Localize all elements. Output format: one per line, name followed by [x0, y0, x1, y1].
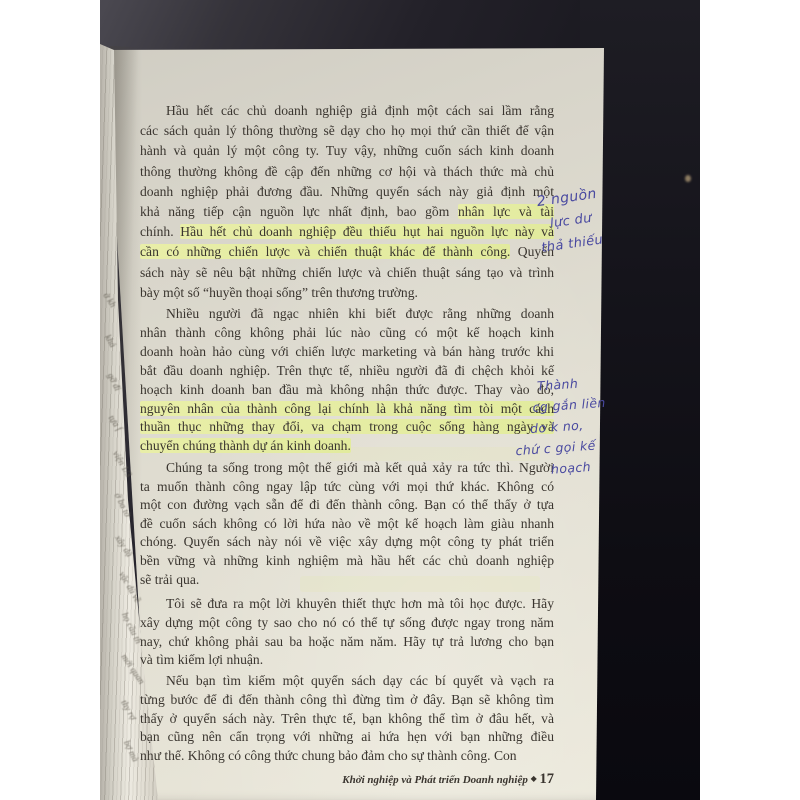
page-text: Hầu hết các chủ doanh nghiệp giả định mộ…: [140, 0, 554, 800]
background-speck: [685, 175, 691, 182]
paragraph: Nhiều người đã ngạc nhiên khi biết được …: [140, 305, 554, 456]
printed-text: chóng. Quyển sách này nói về việc xây dự…: [140, 534, 554, 549]
printed-text: hoạch kinh doanh ban đầu mà không nhận t…: [140, 382, 554, 397]
printed-text: và tìm kiếm lợi nhuận.: [140, 652, 263, 667]
paragraph: Chúng ta sống trong một thế giới mà kết …: [140, 459, 554, 589]
printed-text: khả năng tiếp cận nguồn lực nhất định, b…: [140, 204, 458, 219]
page-line: thông thường không đề cập đến những cơ h…: [140, 162, 554, 182]
page-line: nhân thành công không phải lúc nào cũng …: [140, 324, 554, 343]
printed-text: bền vững và những kinh nghiệm mà hầu hết…: [140, 553, 554, 568]
printed-text: từng bước để đi đến thành công thì đừng …: [140, 692, 554, 707]
page-line: ta muốn thành công ngay lập tức cùng với…: [140, 478, 554, 497]
page-line: thuần thục những thay đổi, va chạm trong…: [140, 418, 554, 437]
page-line: Chúng ta sống trong một thế giới mà kết …: [140, 459, 554, 478]
page-line: xây dựng một công ty sao cho nó có thể t…: [140, 614, 554, 633]
highlighted-text: cần có những chiến lược và chiến thuật k…: [140, 244, 510, 259]
printed-text: thông thường không đề cập đến những cơ h…: [140, 164, 554, 179]
printed-text: sẽ trải qua.: [140, 572, 199, 587]
page-line: cần có những chiến lược và chiến thuật k…: [140, 242, 554, 262]
page-line: chuyển chúng thành dự án kinh doanh.: [140, 437, 554, 456]
footer-separator-icon: ◆: [531, 774, 537, 783]
page-footer: Khởi nghiệp và Phát triển Doanh nghiệp ◆…: [140, 771, 554, 788]
page-line: bắt đầu doanh nghiệp. Trên thực tế, nhiề…: [140, 362, 554, 381]
footer-book-title: Khởi nghiệp và Phát triển Doanh nghiệp: [342, 774, 528, 786]
page-line: và tìm kiếm lợi nhuận.: [140, 651, 554, 670]
page-line: hoạch kinh doanh ban đầu mà không nhận t…: [140, 381, 554, 400]
page-line: doanh hoàn hảo cùng với chiến lược marke…: [140, 343, 554, 362]
printed-text: bày một số “huyền thoại sống” trên thươn…: [140, 285, 418, 300]
handwritten-line: hoạch: [550, 455, 611, 480]
page-line: doanh nghiệp phải đương đầu. Những quyển…: [140, 182, 554, 202]
printed-text: bắt đầu doanh nghiệp. Trên thực tế, nhiề…: [140, 363, 554, 378]
printed-text: xây dựng một công ty sao cho nó có thể t…: [140, 615, 554, 630]
page-line: sẽ trải qua.: [140, 571, 554, 590]
paragraph: Hầu hết các chủ doanh nghiệp giả định mộ…: [140, 101, 554, 303]
page-line: bạn cũng nên cẩn trọng với những ai hứa …: [140, 728, 554, 747]
page-line: Nhiều người đã ngạc nhiên khi biết được …: [140, 305, 554, 324]
page-line: như thế. Không có công thức chung bảo đả…: [140, 747, 554, 766]
book-photo-screenshot: ở khkhágỡ đitựa fviện 1/3ở ba tờxây dặvặ…: [0, 0, 800, 800]
paragraph: Nếu bạn tìm kiếm một quyển sách dạy các …: [140, 672, 554, 766]
margin-note-1: 2 nguồnlực dưthả thiếu: [532, 183, 605, 260]
photo-area: ở khkhágỡ đitựa fviện 1/3ở ba tờxây dặvặ…: [100, 0, 700, 800]
printed-text: Nếu bạn tìm kiếm một quyển sách dạy các …: [166, 673, 554, 688]
printed-text: Nhiều người đã ngạc nhiên khi biết được …: [166, 306, 554, 321]
page-line: khả năng tiếp cận nguồn lực nhất định, b…: [140, 202, 554, 222]
printed-text: doanh nghiệp phải đương đầu. Những quyển…: [140, 184, 554, 199]
page-line: một con đường vạch sẵn để đi đến thành c…: [140, 496, 554, 515]
page-line: bền vững và những kinh nghiệm mà hầu hết…: [140, 552, 554, 571]
page-line: chính. Hầu hết chủ doanh nghiệp đều thiế…: [140, 222, 554, 242]
printed-text: nay, chứ không phải sau ba hoặc năm năm.…: [140, 634, 554, 649]
page-line: các sách quản lý thông thường sẽ dạy cho…: [140, 121, 554, 141]
page-line: Nếu bạn tìm kiếm một quyển sách dạy các …: [140, 672, 554, 691]
highlighted-text: chuyển chúng thành dự án kinh doanh.: [140, 438, 351, 453]
printed-text: một con đường vạch sẵn để đi đến thành c…: [140, 497, 554, 512]
printed-text: đề cuốn sách không có lời hứa nào về một…: [140, 516, 554, 531]
printed-text: sách này sẽ nêu bật những chiến lược và …: [140, 265, 554, 280]
margin-note-2: Thànhcg gắn liềndo k no,chứ c gọi kếhoạc…: [510, 371, 610, 482]
printed-text: các sách quản lý thông thường sẽ dạy cho…: [140, 123, 554, 138]
printed-text: doanh hoàn hảo cùng với chiến lược marke…: [140, 344, 554, 359]
page-line: đề cuốn sách không có lời hứa nào về một…: [140, 515, 554, 534]
printed-text: thấy ở quyển sách này. Trên thực tế, bạn…: [140, 711, 554, 726]
printed-text: Hầu hết các chủ doanh nghiệp giả định mộ…: [166, 103, 554, 118]
printed-text: như thế. Không có công thức chung bảo đả…: [140, 748, 517, 763]
page-line: hành và quản lý một công ty. Tuy vậy, nh…: [140, 141, 554, 161]
page-line: bày một số “huyền thoại sống” trên thươn…: [140, 283, 554, 303]
printed-text: chính.: [140, 224, 180, 239]
printed-text: nhân thành công không phải lúc nào cũng …: [140, 325, 554, 340]
highlighted-text: thuần thục những thay đổi, va chạm trong…: [140, 419, 554, 434]
printed-text: bạn cũng nên cẩn trọng với những ai hứa …: [140, 729, 554, 744]
page-line: sách này sẽ nêu bật những chiến lược và …: [140, 263, 554, 283]
page-line: chóng. Quyển sách này nói về việc xây dự…: [140, 533, 554, 552]
paragraph: Tôi sẽ đưa ra một lời khuyên thiết thực …: [140, 595, 554, 670]
printed-text: hành và quản lý một công ty. Tuy vậy, nh…: [140, 143, 554, 158]
printed-text: Tôi sẽ đưa ra một lời khuyên thiết thực …: [166, 596, 554, 611]
highlighted-text: Hầu hết chủ doanh nghiệp đều thiếu hụt h…: [180, 224, 554, 239]
footer-page-number: 17: [540, 771, 555, 787]
highlighted-text: nguyên nhân của thành công lại chính là …: [140, 401, 554, 416]
page-line: từng bước để đi đến thành công thì đừng …: [140, 691, 554, 710]
page-line: nay, chứ không phải sau ba hoặc năm năm.…: [140, 633, 554, 652]
page-line: Tôi sẽ đưa ra một lời khuyên thiết thực …: [140, 595, 554, 614]
page-line: nguyên nhân của thành công lại chính là …: [140, 400, 554, 419]
page-line: Hầu hết các chủ doanh nghiệp giả định mộ…: [140, 101, 554, 121]
printed-text: Chúng ta sống trong một thế giới mà kết …: [166, 460, 554, 475]
page-line: thấy ở quyển sách này. Trên thực tế, bạn…: [140, 710, 554, 729]
printed-text: ta muốn thành công ngay lập tức cùng với…: [140, 479, 554, 494]
